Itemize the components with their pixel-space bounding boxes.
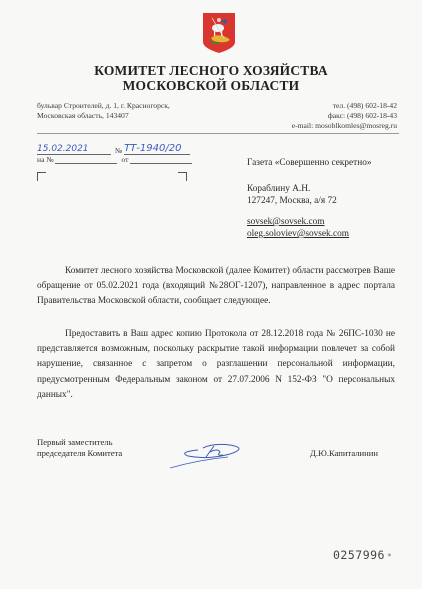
phone: тел. (498) 602-18-42: [292, 101, 397, 111]
recipient-organization: Газета «Совершенно секретно»: [247, 157, 372, 169]
email: e-mail: mosoblkomles@mosreg.ru: [292, 121, 397, 131]
from-field: [130, 154, 192, 164]
org-title-line2: МОСКОВСКОЙ ОБЛАСТИ: [0, 78, 422, 94]
body-paragraph-2: Предоставить в Ваш адрес копию Протокола…: [37, 327, 395, 403]
from-label: от: [121, 155, 128, 164]
address-line2: Московская область, 143407: [37, 111, 170, 121]
letter-page: КОМИТЕТ ЛЕСНОГО ХОЗЯЙСТВА МОСКОВСКОЙ ОБЛ…: [0, 0, 422, 589]
recipient-email-link[interactable]: oleg.soloviev@sovsek.com: [247, 228, 349, 240]
handwritten-number: ТТ-1940/20: [124, 143, 181, 154]
address-corner-left: [37, 172, 46, 181]
sender-address: бульвар Строителей, д. 1, г. Красногорск…: [37, 101, 170, 121]
recipient-address: 127247, Москва, а/я 72: [247, 195, 337, 207]
recipient-name: Кораблину А.Н.: [247, 183, 337, 195]
body-paragraph-1: Комитет лесного хозяйства Московской (да…: [37, 264, 395, 310]
header-separator: [37, 133, 399, 134]
signatory-position: Первый заместитель председателя Комитета: [37, 437, 122, 459]
serial-number: 0257996*: [333, 548, 392, 562]
handwritten-signature-icon: [168, 440, 253, 470]
handwritten-date: 15.02.2021: [37, 144, 89, 154]
coat-of-arms-icon: [202, 12, 236, 54]
incoming-reference: на № от: [37, 154, 192, 164]
fax: факс: (498) 602-18-43: [292, 111, 397, 121]
recipient-emails: sovsek@sovsek.com oleg.soloviev@sovsek.c…: [247, 216, 349, 240]
signatory-name: Д.Ю.Капиталинин: [310, 448, 378, 458]
address-line1: бульвар Строителей, д. 1, г. Красногорск…: [37, 101, 170, 111]
serial-mark: *: [387, 552, 392, 561]
in-reply-field: [55, 154, 117, 164]
sender-contacts: тел. (498) 602-18-42 факс: (498) 602-18-…: [292, 101, 397, 131]
recipient-email-link[interactable]: sovsek@sovsek.com: [247, 216, 349, 228]
address-corner-right: [178, 172, 187, 181]
in-reply-label: на №: [37, 155, 54, 164]
org-title-line1: КОМИТЕТ ЛЕСНОГО ХОЗЯЙСТВА: [0, 63, 422, 79]
recipient-block: Кораблину А.Н. 127247, Москва, а/я 72: [247, 183, 337, 207]
